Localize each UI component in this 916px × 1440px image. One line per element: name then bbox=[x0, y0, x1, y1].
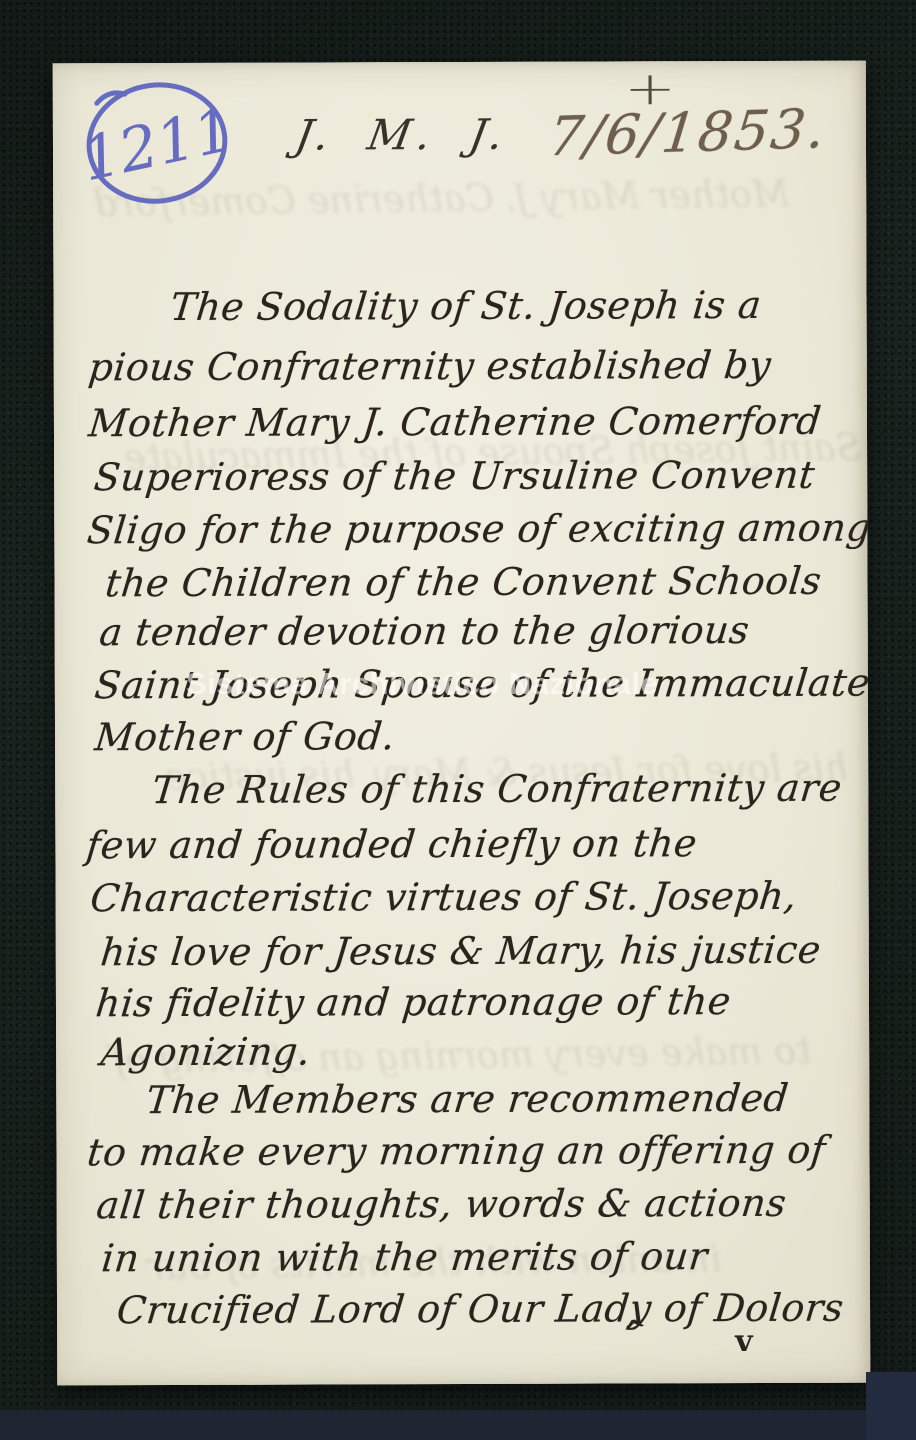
handwritten-line: The Members are recommended bbox=[144, 1079, 790, 1119]
scan-background: Mother Mary J. Catherine Comerford Saint… bbox=[0, 0, 916, 1440]
handwritten-line: Mother Mary J. Catherine Comerford bbox=[87, 402, 823, 443]
handwritten-line: a tender devotion to the glorious bbox=[98, 611, 751, 651]
handwritten-line: his fidelity and patronage of the bbox=[94, 982, 733, 1022]
handwritten-line: few and founded chiefly on the bbox=[84, 824, 698, 864]
letter-date: 7/6/1853. bbox=[546, 97, 831, 168]
handwritten-line: The Sodality of St. Joseph is a bbox=[169, 286, 764, 326]
handwritten-line: in union with the merits of our bbox=[100, 1237, 710, 1277]
handwritten-line: Sligo for the purpose of exciting among bbox=[85, 509, 870, 550]
handwritten-line: all their thoughts, words & actions bbox=[95, 1184, 788, 1224]
scan-bottom-strip bbox=[0, 1410, 916, 1440]
handwritten-line: The Rules of this Confraternity are bbox=[150, 769, 844, 809]
ghost-text-layer: Mother Mary J. Catherine Comerford Saint… bbox=[53, 61, 866, 64]
jmj-monogram: J. M. J. bbox=[292, 110, 513, 160]
handwritten-line: Agonizing. bbox=[99, 1033, 312, 1072]
handwritten-line: the Children of the Convent Schools bbox=[104, 562, 824, 603]
letter-page: Mother Mary J. Catherine Comerford Saint… bbox=[53, 61, 871, 1386]
handwritten-line: pious Confraternity established by bbox=[87, 346, 773, 386]
handwritten-line: his love for Jesus & Mary, his justice bbox=[99, 931, 823, 972]
handwritten-line: Saint Joseph Spouse of the Immaculate bbox=[93, 664, 870, 705]
handwritten-line: to make every morning an offering of bbox=[86, 1131, 828, 1172]
archive-number-stamp: 1211 bbox=[75, 71, 245, 212]
check-mark: v bbox=[735, 1327, 753, 1357]
handwritten-line: Superioress of the Ursuline Convent bbox=[92, 456, 817, 497]
handwritten-line: Characteristic virtues of St. Joseph, bbox=[89, 877, 799, 917]
handwritten-line: Mother of God. bbox=[93, 717, 397, 756]
scan-corner-strip bbox=[866, 1372, 916, 1440]
